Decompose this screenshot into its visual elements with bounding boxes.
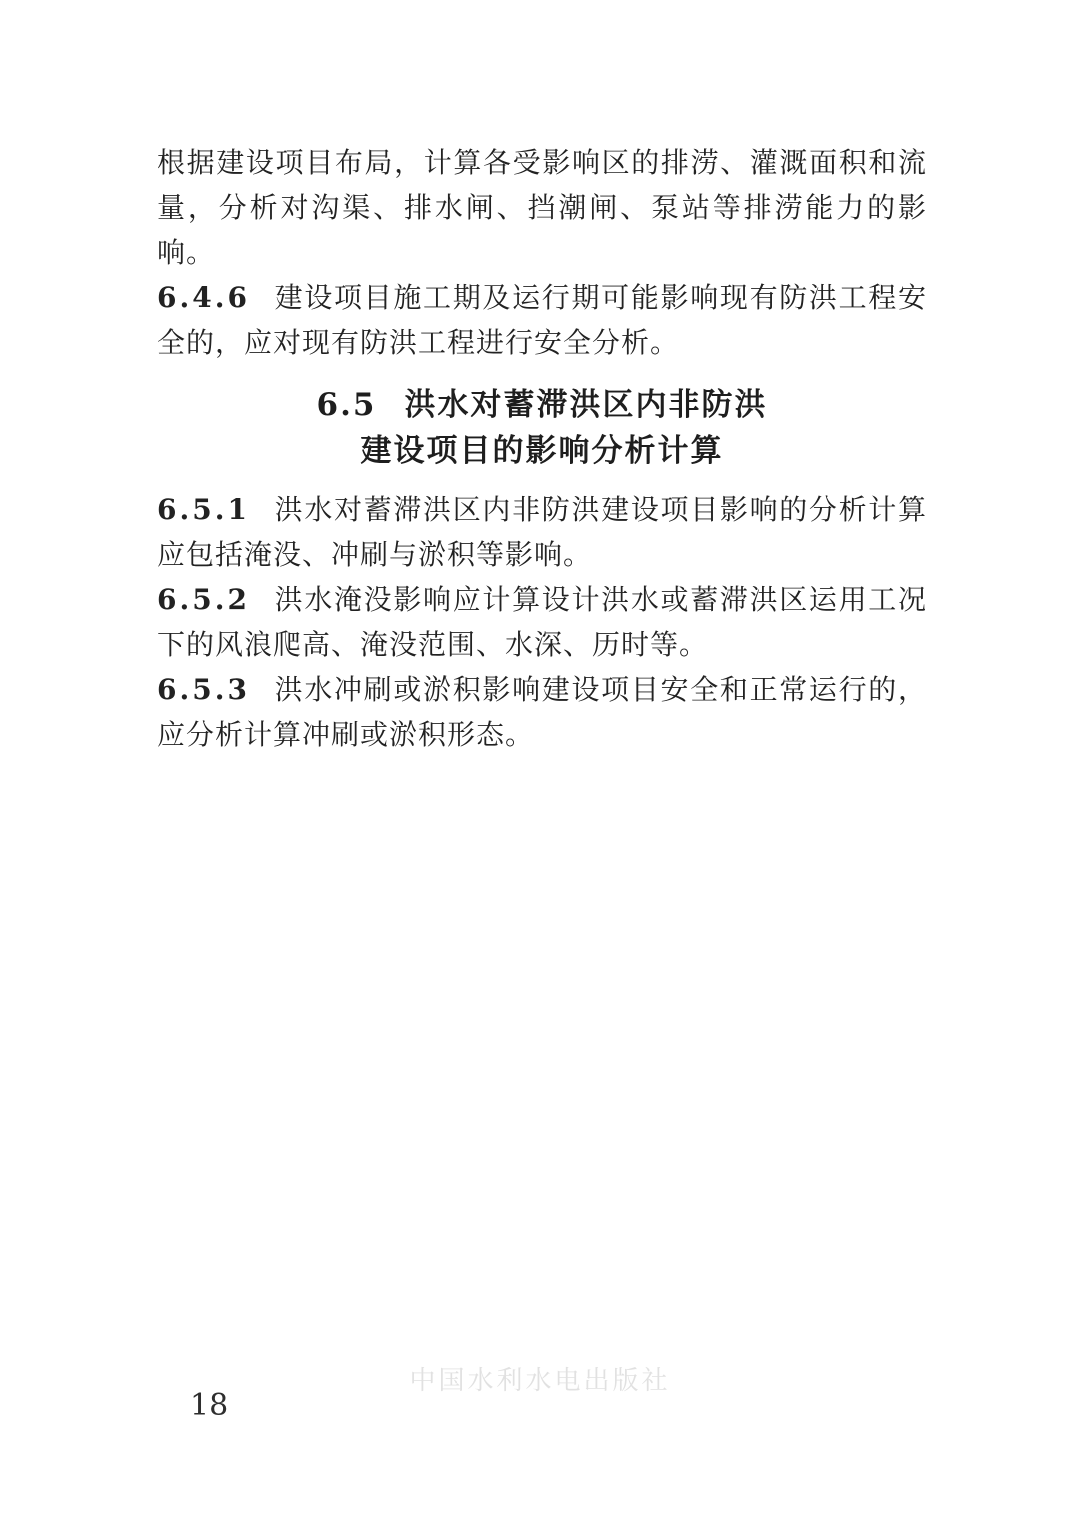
clause-6-4-6: 6.4.6建设项目施工期及运行期可能影响现有防洪工程安全的，应对现有防洪工程进行… (157, 275, 927, 365)
clause-6-5-3: 6.5.3洪水冲刷或淤积影响建设项目安全和正常运行的，应分析计算冲刷或淤积形态。 (157, 667, 927, 757)
section-heading-line2: 建设项目的影响分析计算 (157, 428, 927, 474)
clause-number: 6.5.2 (157, 583, 274, 616)
continuation-paragraph: 根据建设项目布局，计算各受影响区的排涝、灌溉面积和流量，分析对沟渠、排水闸、挡潮… (157, 140, 927, 275)
section-heading-number: 6.5 (317, 387, 405, 423)
page-content: 根据建设项目布局，计算各受影响区的排涝、灌溉面积和流量，分析对沟渠、排水闸、挡潮… (157, 140, 927, 757)
clause-6-5-2: 6.5.2洪水淹没影响应计算设计洪水或蓄滞洪区运用工况下的风浪爬高、淹没范围、水… (157, 577, 927, 667)
page-number: 18 (190, 1388, 228, 1424)
section-heading-title-line2: 建设项目的影响分析计算 (361, 433, 724, 469)
section-heading-line1: 6.5洪水对蓄滞洪区内非防洪 (157, 382, 927, 428)
section-heading-title-line1: 洪水对蓄滞洪区内非防洪 (404, 387, 767, 423)
clause-number: 6.5.1 (157, 493, 274, 526)
clause-6-5-1: 6.5.1洪水对蓄滞洪区内非防洪建设项目影响的分析计算应包括淹没、冲刷与淤积等影… (157, 487, 927, 577)
clause-number: 6.5.3 (157, 673, 274, 706)
document-page: 根据建设项目布局，计算各受影响区的排涝、灌溉面积和流量，分析对沟渠、排水闸、挡潮… (0, 0, 1080, 1527)
section-heading-6-5: 6.5洪水对蓄滞洪区内非防洪 建设项目的影响分析计算 (157, 382, 927, 474)
publisher-watermark: 中国水利水电出版社 (0, 1360, 1080, 1397)
clause-number: 6.4.6 (157, 281, 274, 314)
continuation-paragraph-text: 根据建设项目布局，计算各受影响区的排涝、灌溉面积和流量，分析对沟渠、排水闸、挡潮… (157, 146, 927, 269)
